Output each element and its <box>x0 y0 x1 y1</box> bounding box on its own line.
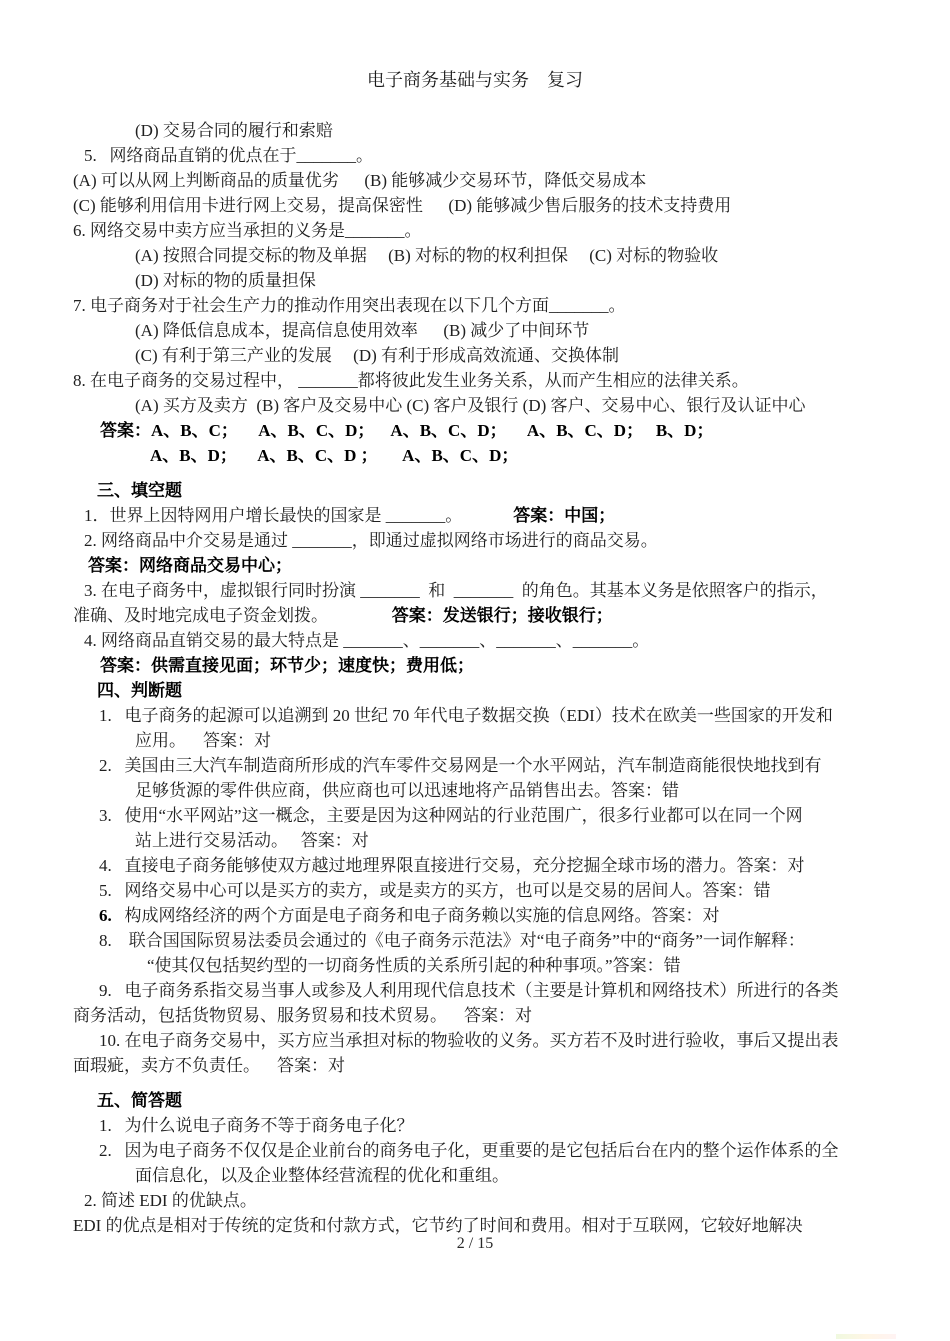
tf-4: 4. 直接电子商务能够使双方越过地理界限直接进行交易，充分挖掘全球市场的潜力。答… <box>0 853 950 878</box>
text-segment: 2. 网络商品中介交易是通过 _______，即通过虚拟网络市场进行的商品交易。 <box>84 531 658 550</box>
tf-3-continuation: 站上进行交易活动。 答案：对 <box>0 828 950 853</box>
tf-2: 2. 美国由三大汽车制造商所形成的汽车零件交易网是一个水平网站，汽车制造商能很快… <box>0 753 950 778</box>
sa-2: 2. 因为电子商务不仅仅是企业前台的商务电子化，更重要的是它包括后台在内的整个运… <box>0 1138 950 1163</box>
text-segment: 2. 简述 EDI 的优缺点。 <box>84 1191 257 1210</box>
watermark <box>836 1334 896 1339</box>
sa-1: 1. 为什么说电子商务不等于商务电子化？ <box>0 1113 950 1138</box>
text-segment: 9. 电子商务系指交易当事人或参及人利用现代信息技术（主要是计算机和网络技术）所… <box>99 981 839 1000</box>
text-segment: 1. 电子商务的起源可以追溯到 20 世纪 70 年代电子数据交换（EDI）技术… <box>99 706 833 725</box>
text-segment-bold: A、B、D； A、B、C、D ； A、B、C、D； <box>150 446 518 465</box>
text-segment: 1．世界上因特网用户增长最快的国家是 _______。 <box>84 506 513 525</box>
text-segment-bold: 答案：A、B、C； A、B、C、D； A、B、C、D； A、B、C、D； B、D… <box>100 421 713 440</box>
question-7-options-cd: (C) 有利于第三产业的发展 (D) 有利于形成高效流通、交换体制 <box>0 343 950 368</box>
fill-in-1: 1．世界上因特网用户增长最快的国家是 _______。 答案：中国； <box>0 503 950 528</box>
fill-in-3: 3. 在电子商务中，虚拟银行同时扮演 _______ 和 _______ 的角色… <box>0 578 950 603</box>
text-segment: (C) 能够利用信用卡进行网上交易，提高保密性 (D) 能够减少售后服务的技术支… <box>73 196 731 215</box>
page-number: 2 / 15 <box>0 1235 950 1253</box>
tf-6: 6. 构成网络经济的两个方面是电子商务和电子商务赖以实施的信息网络。答案：对 <box>0 903 950 928</box>
tf-1-continuation: 应用。 答案：对 <box>0 728 950 753</box>
text-segment: 构成网络经济的两个方面是电子商务和电子商务赖以实施的信息网络。答案：对 <box>112 906 720 925</box>
text-segment-bold: 五、简答题 <box>97 1091 182 1110</box>
tf-9-continuation: 商务活动，包括货物贸易、服务贸易和技术贸易。 答案：对 <box>0 1003 950 1028</box>
fill-in-3-continuation: 准确、及时地完成电子资金划拨。 答案：发送银行；接收银行； <box>0 603 950 628</box>
fill-in-4-answer: 答案：供需直接见面；环节少；速度快；费用低； <box>0 653 950 678</box>
question-5: 5. 网络商品直销的优点在于_______。 <box>0 143 950 168</box>
tf-10-continuation: 面瑕疵，卖方不负责任。 答案：对 <box>0 1053 950 1078</box>
text-segment: (D) 对标的物的质量担保 <box>135 271 316 290</box>
text-segment-bold: 6. <box>99 906 112 925</box>
text-segment: 6. 网络交易中卖方应当承担的义务是_______。 <box>73 221 422 240</box>
text-segment: 准确、及时地完成电子资金划拨。 <box>73 606 392 625</box>
text-segment: (A) 降低信息成本，提高信息使用效率 (B) 减少了中间环节 <box>135 321 589 340</box>
text-segment: 面瑕疵，卖方不负责任。 答案：对 <box>73 1056 345 1075</box>
text-segment: 2. 美国由三大汽车制造商所形成的汽车零件交易网是一个水平网站，汽车制造商能很快… <box>99 756 822 775</box>
text-segment: 3. 在电子商务中，虚拟银行同时扮演 _______ 和 _______ 的角色… <box>84 581 828 600</box>
question-7: 7. 电子商务对于社会生产力的推动作用突出表现在以下几个方面_______。 <box>0 293 950 318</box>
text-segment: 4. 直接电子商务能够使双方越过地理界限直接进行交易，充分挖掘全球市场的潜力。答… <box>99 856 805 875</box>
text-segment: (A) 按照合同提交标的物及单据 (B) 对标的物的权利担保 (C) 对标的物验… <box>135 246 718 265</box>
option-d-line: (D) 交易合同的履行和索赔 <box>0 118 950 143</box>
text-segment: 7. 电子商务对于社会生产力的推动作用突出表现在以下几个方面_______。 <box>73 296 626 315</box>
text-segment-bold: 答案：网络商品交易中心； <box>88 556 292 575</box>
tf-3: 3. 使用“水平网站”这一概念，主要是因为这种网站的行业范围广，很多行业都可以在… <box>0 803 950 828</box>
text-segment: 5. 网络交易中心可以是买方的卖方，或是卖方的买方，也可以是交易的居间人。答案：… <box>99 881 771 900</box>
tf-8: 8. 联合国国际贸易法委员会通过的《电子商务示范法》对“电子商务”中的“商务”一… <box>0 928 950 953</box>
tf-9: 9. 电子商务系指交易当事人或参及人利用现代信息技术（主要是计算机和网络技术）所… <box>0 978 950 1003</box>
question-6-options-abc: (A) 按照合同提交标的物及单据 (B) 对标的物的权利担保 (C) 对标的物验… <box>0 243 950 268</box>
document-page: 电子商务基础与实务 复习 (D) 交易合同的履行和索赔5. 网络商品直销的优点在… <box>0 0 950 1341</box>
tf-8-continuation: “使其仅包括契约型的一切商务性质的关系所引起的种种事项。”答案：错 <box>0 953 950 978</box>
text-segment: 应用。 答案：对 <box>135 731 271 750</box>
choice-answers-row-2: A、B、D； A、B、C、D ； A、B、C、D； <box>0 443 950 468</box>
text-segment: (D) 交易合同的履行和索赔 <box>135 121 333 140</box>
section-heading-short-answer: 五、简答题 <box>0 1088 950 1113</box>
question-7-options-ab: (A) 降低信息成本，提高信息使用效率 (B) 减少了中间环节 <box>0 318 950 343</box>
question-6: 6. 网络交易中卖方应当承担的义务是_______。 <box>0 218 950 243</box>
text-segment: “使其仅包括契约型的一切商务性质的关系所引起的种种事项。”答案：错 <box>147 956 681 975</box>
section-heading-fill-in: 三、填空题 <box>0 478 950 503</box>
text-segment-bold: 四、判断题 <box>97 681 182 700</box>
text-segment: (A) 买方及卖方 (B) 客户及交易中心 (C) 客户及银行 (D) 客户、交… <box>135 396 806 415</box>
text-segment-bold: 答案：发送银行；接收银行； <box>392 606 613 625</box>
text-segment: 2. 因为电子商务不仅仅是企业前台的商务电子化，更重要的是它包括后台在内的整个运… <box>99 1141 839 1160</box>
text-segment: (C) 有利于第三产业的发展 (D) 有利于形成高效流通、交换体制 <box>135 346 619 365</box>
sa-edi-question: 2. 简述 EDI 的优缺点。 <box>0 1188 950 1213</box>
document-lines: (D) 交易合同的履行和索赔5. 网络商品直销的优点在于_______。(A) … <box>0 118 950 1238</box>
text-segment-bold: 答案：供需直接见面；环节少；速度快；费用低； <box>100 656 474 675</box>
text-segment: 5. 网络商品直销的优点在于_______。 <box>84 146 373 165</box>
text-segment: 1. 为什么说电子商务不等于商务电子化？ <box>99 1116 414 1135</box>
question-6-option-d: (D) 对标的物的质量担保 <box>0 268 950 293</box>
question-8-options: (A) 买方及卖方 (B) 客户及交易中心 (C) 客户及银行 (D) 客户、交… <box>0 393 950 418</box>
question-5-options-cd: (C) 能够利用信用卡进行网上交易，提高保密性 (D) 能够减少售后服务的技术支… <box>0 193 950 218</box>
tf-5: 5. 网络交易中心可以是买方的卖方，或是卖方的买方，也可以是交易的居间人。答案：… <box>0 878 950 903</box>
fill-in-2: 2. 网络商品中介交易是通过 _______，即通过虚拟网络市场进行的商品交易。 <box>0 528 950 553</box>
tf-2-continuation: 足够货源的零件供应商，供应商也可以迅速地将产品销售出去。答案：错 <box>0 778 950 803</box>
fill-in-4: 4. 网络商品直销交易的最大特点是 _______、_______、______… <box>0 628 950 653</box>
section-heading-true-false: 四、判断题 <box>0 678 950 703</box>
text-segment: EDI 的优点是相对于传统的定货和付款方式，它节约了时间和费用。相对于互联网，它… <box>73 1216 803 1235</box>
text-segment-bold: 答案：中国； <box>513 506 615 525</box>
text-segment: 站上进行交易活动。 答案：对 <box>135 831 369 850</box>
tf-10: 10. 在电子商务交易中，买方应当承担对标的物验收的义务。买方若不及时进行验收，… <box>0 1028 950 1053</box>
text-segment: 足够货源的零件供应商，供应商也可以迅速地将产品销售出去。答案：错 <box>135 781 679 800</box>
page-title: 电子商务基础与实务 复习 <box>0 66 950 92</box>
text-segment: 10. 在电子商务交易中，买方应当承担对标的物验收的义务。买方若不及时进行验收，… <box>99 1031 839 1050</box>
text-segment: 8. 在电子商务的交易过程中， _______都将彼此发生业务关系，从而产生相应… <box>73 371 749 390</box>
text-segment-bold: 三、填空题 <box>97 481 182 500</box>
question-8: 8. 在电子商务的交易过程中， _______都将彼此发生业务关系，从而产生相应… <box>0 368 950 393</box>
fill-in-2-answer: 答案：网络商品交易中心； <box>0 553 950 578</box>
text-segment: 商务活动，包括货物贸易、服务贸易和技术贸易。 答案：对 <box>73 1006 532 1025</box>
tf-1: 1. 电子商务的起源可以追溯到 20 世纪 70 年代电子数据交换（EDI）技术… <box>0 703 950 728</box>
question-5-options-ab: (A) 可以从网上判断商品的质量优劣 (B) 能够减少交易环节，降低交易成本 <box>0 168 950 193</box>
text-segment: (A) 可以从网上判断商品的质量优劣 (B) 能够减少交易环节，降低交易成本 <box>73 171 646 190</box>
sa-2-continuation: 面信息化，以及企业整体经营流程的优化和重组。 <box>0 1163 950 1188</box>
text-segment: 面信息化，以及企业整体经营流程的优化和重组。 <box>135 1166 509 1185</box>
text-segment: 3. 使用“水平网站”这一概念，主要是因为这种网站的行业范围广，很多行业都可以在… <box>99 806 803 825</box>
choice-answers-row-1: 答案：A、B、C； A、B、C、D； A、B、C、D； A、B、C、D； B、D… <box>0 418 950 443</box>
text-segment: 8. 联合国国际贸易法委员会通过的《电子商务示范法》对“电子商务”中的“商务”一… <box>99 931 805 950</box>
text-segment: 4. 网络商品直销交易的最大特点是 _______、_______、______… <box>84 631 649 650</box>
